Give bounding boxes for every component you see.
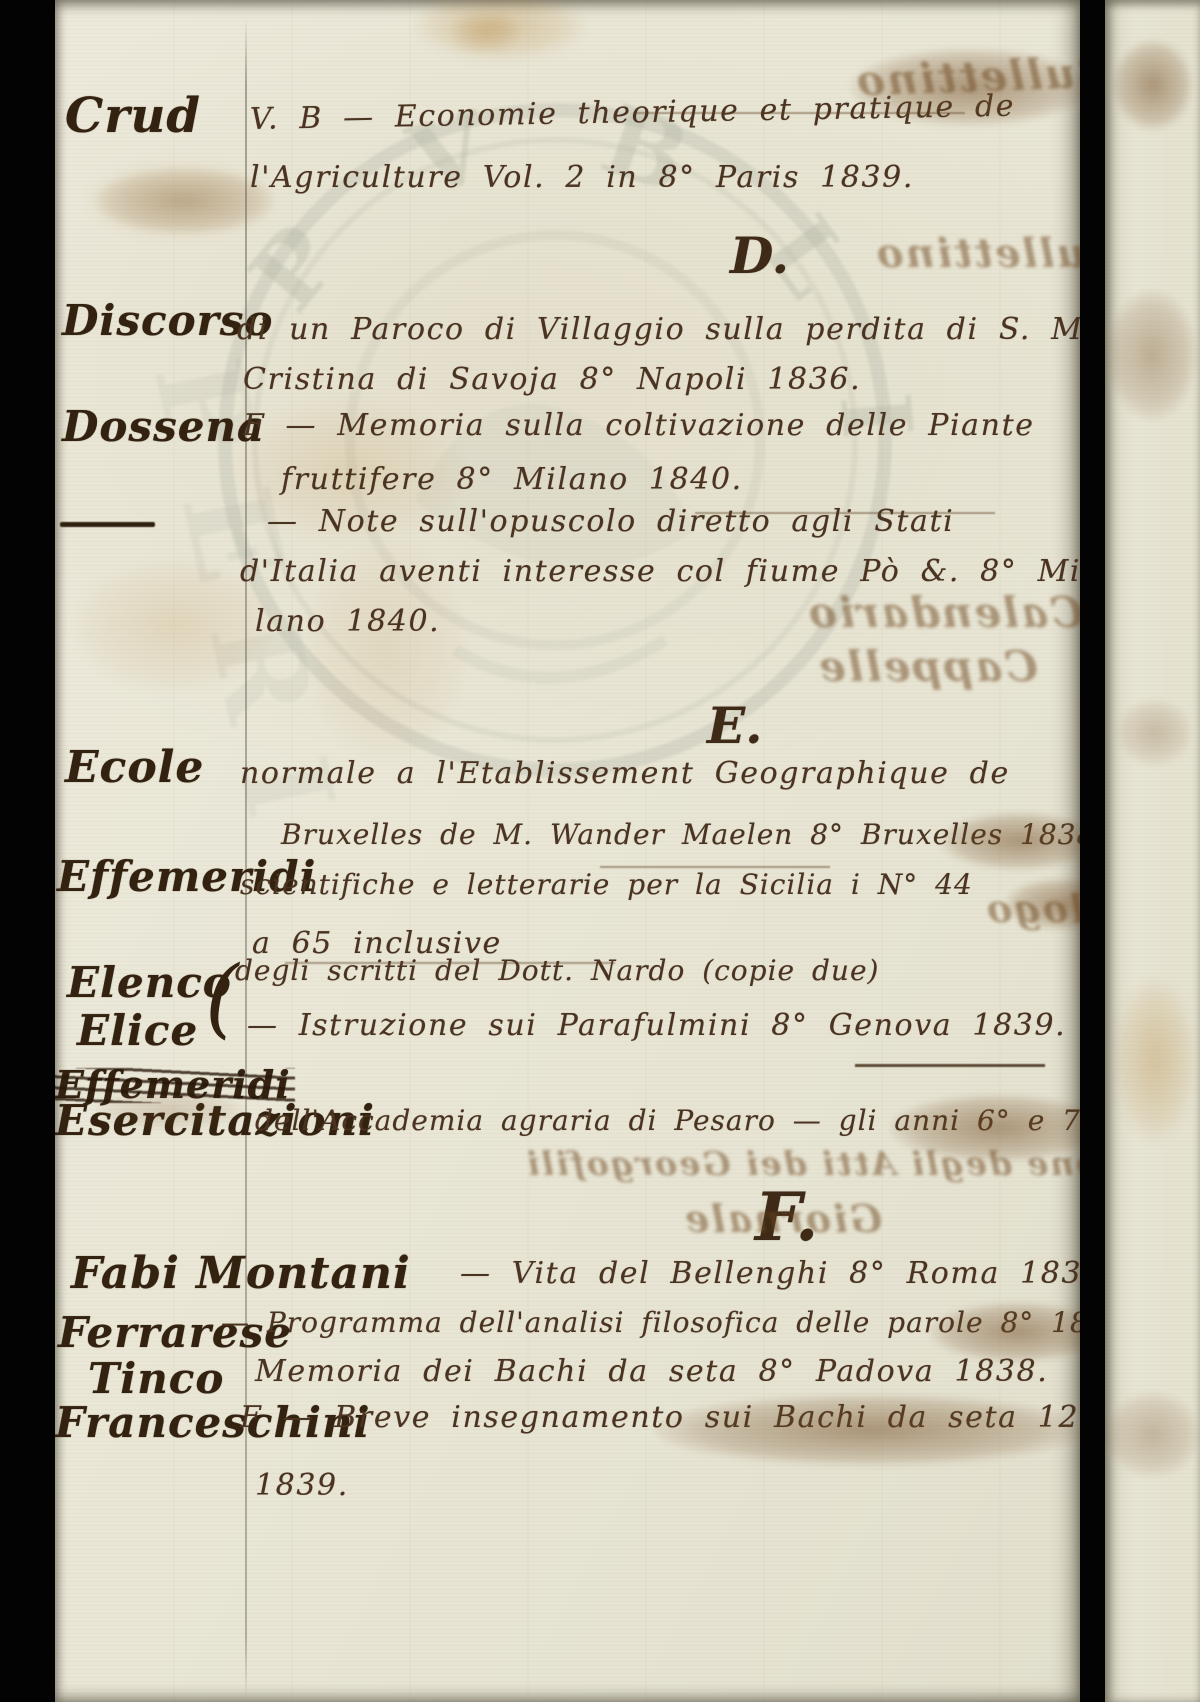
show-through-text: Giornale: [683, 1196, 882, 1241]
manuscript-page: P V B L I P E R I Crud V. B — Economie t…: [55, 0, 1080, 1702]
ink-smudge: [1105, 1392, 1200, 1477]
foxing-stain: [1115, 980, 1195, 1140]
entry-line: — Programma dell'analisi filosofica dell…: [221, 1306, 1080, 1339]
entry-line: l'Agriculture Vol. 2 in 8° Paris 1839.: [250, 160, 914, 195]
entry-line: lano 1840.: [255, 604, 440, 639]
underline-mark: [855, 1064, 1045, 1067]
show-through-text: Catalogo: [985, 886, 1080, 931]
ink-smudge: [1117, 700, 1192, 765]
entry-line: dell'Accademia agraria di Pesaro — gli a…: [255, 1104, 1080, 1137]
entry-line: normale a l'Etablissement Geographique d…: [240, 756, 1010, 791]
headword-tinco: Tinco: [88, 1354, 224, 1403]
show-through-text: Calendario: [807, 588, 1080, 637]
scanned-manuscript-photo: P V B L I P E R I Crud V. B — Economie t…: [0, 0, 1200, 1702]
entry-line: Memoria dei Bachi da seta 8° Padova 1838…: [255, 1354, 1048, 1389]
stray-ink-stroke: [600, 866, 830, 868]
section-heading-e: E.: [707, 696, 763, 755]
adjacent-page-edge: [1105, 0, 1200, 1702]
show-through-text: Bullettino: [875, 230, 1080, 277]
headword-elice: Elice: [77, 1006, 198, 1055]
headword-fabi-montani: Fabi Montani: [71, 1248, 411, 1299]
entry-line: — Istruzione sui Parafulmini 8° Genova 1…: [247, 1008, 1066, 1043]
entry-line: d'Italia aventi interesse col fiume Pò &…: [240, 554, 1080, 589]
entry-line: fruttifere 8° Milano 1840.: [281, 462, 743, 497]
headword-ecole: Ecole: [65, 742, 204, 793]
paper-texture: [1105, 0, 1200, 1702]
stray-ink-stroke: [635, 112, 965, 114]
entry-line: 1839.: [255, 1468, 349, 1503]
entry-line: — Note sull'opuscolo diretto agli Stati: [267, 504, 954, 539]
entry-line: scientifiche e letterarie per la Sicilia…: [240, 868, 973, 901]
entry-line: Cristina di Savoja 8° Napoli 1836.: [243, 362, 861, 397]
ink-smudge: [95, 168, 275, 234]
entry-line: F — Memoria sulla coltivazione delle Pia…: [243, 408, 1035, 443]
section-heading-d: D.: [730, 226, 789, 285]
ditto-dash-mark: [60, 522, 155, 527]
foxing-stain: [450, 12, 520, 52]
headword-dossena: Dossena: [62, 402, 265, 451]
entry-line: F — Breve insegnamento sui Bachi da seta…: [240, 1400, 1080, 1435]
entry-line: — Vita del Bellenghi 8° Roma 1839.: [460, 1256, 1080, 1291]
margin-paren: (: [205, 948, 239, 1048]
headword-crud: Crud: [65, 88, 201, 144]
entry-line: Bruxelles de M. Wander Maelen 8° Bruxell…: [281, 818, 1080, 851]
stray-ink-stroke: [695, 512, 995, 514]
entry-line: degli scritti del Dott. Nardo (copie due…: [235, 954, 879, 987]
ink-smudge: [1107, 290, 1197, 420]
show-through-text: Bullettino: [854, 48, 1080, 106]
show-through-text: Continuazione degli Atti dei Georgofili: [525, 1144, 1080, 1183]
ink-smudge: [1113, 40, 1193, 130]
show-through-text: Cappelle: [817, 642, 1038, 691]
stray-ink-stroke: [285, 962, 615, 964]
entry-line: di un Paroco di Villaggio sulla perdita …: [237, 312, 1080, 347]
foxing-stain: [415, 0, 585, 60]
